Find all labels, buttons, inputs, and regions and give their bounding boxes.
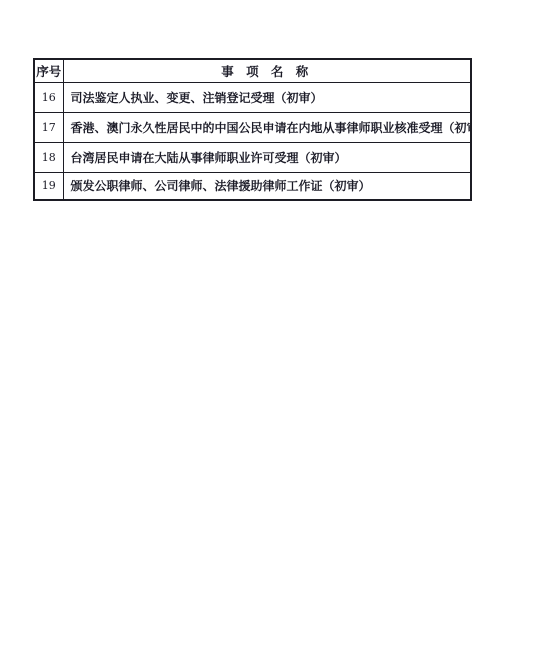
table-row: 19 颁发公职律师、公司律师、法律援助律师工作证（初审） — [34, 172, 471, 200]
header-item-name: 事 项 名 称 — [63, 59, 471, 82]
table-row: 16 司法鉴定人执业、变更、注销登记受理（初审） — [34, 82, 471, 112]
items-table: 序号 事 项 名 称 16 司法鉴定人执业、变更、注销登记受理（初审） 17 香… — [33, 58, 472, 201]
row-serial-number: 17 — [34, 112, 63, 142]
header-serial-number: 序号 — [34, 59, 63, 82]
row-item-name: 香港、澳门永久性居民中的中国公民申请在内地从事律师职业核准受理（初审） — [63, 112, 471, 142]
row-serial-number: 19 — [34, 172, 63, 200]
table-header-row: 序号 事 项 名 称 — [34, 59, 471, 82]
row-serial-number: 18 — [34, 142, 63, 172]
table-row: 18 台湾居民申请在大陆从事律师职业许可受理（初审） — [34, 142, 471, 172]
table-row: 17 香港、澳门永久性居民中的中国公民申请在内地从事律师职业核准受理（初审） — [34, 112, 471, 142]
document-page: 序号 事 项 名 称 16 司法鉴定人执业、变更、注销登记受理（初审） 17 香… — [0, 0, 535, 653]
row-item-name: 台湾居民申请在大陆从事律师职业许可受理（初审） — [63, 142, 471, 172]
row-serial-number: 16 — [34, 82, 63, 112]
row-item-name: 司法鉴定人执业、变更、注销登记受理（初审） — [63, 82, 471, 112]
row-item-name: 颁发公职律师、公司律师、法律援助律师工作证（初审） — [63, 172, 471, 200]
